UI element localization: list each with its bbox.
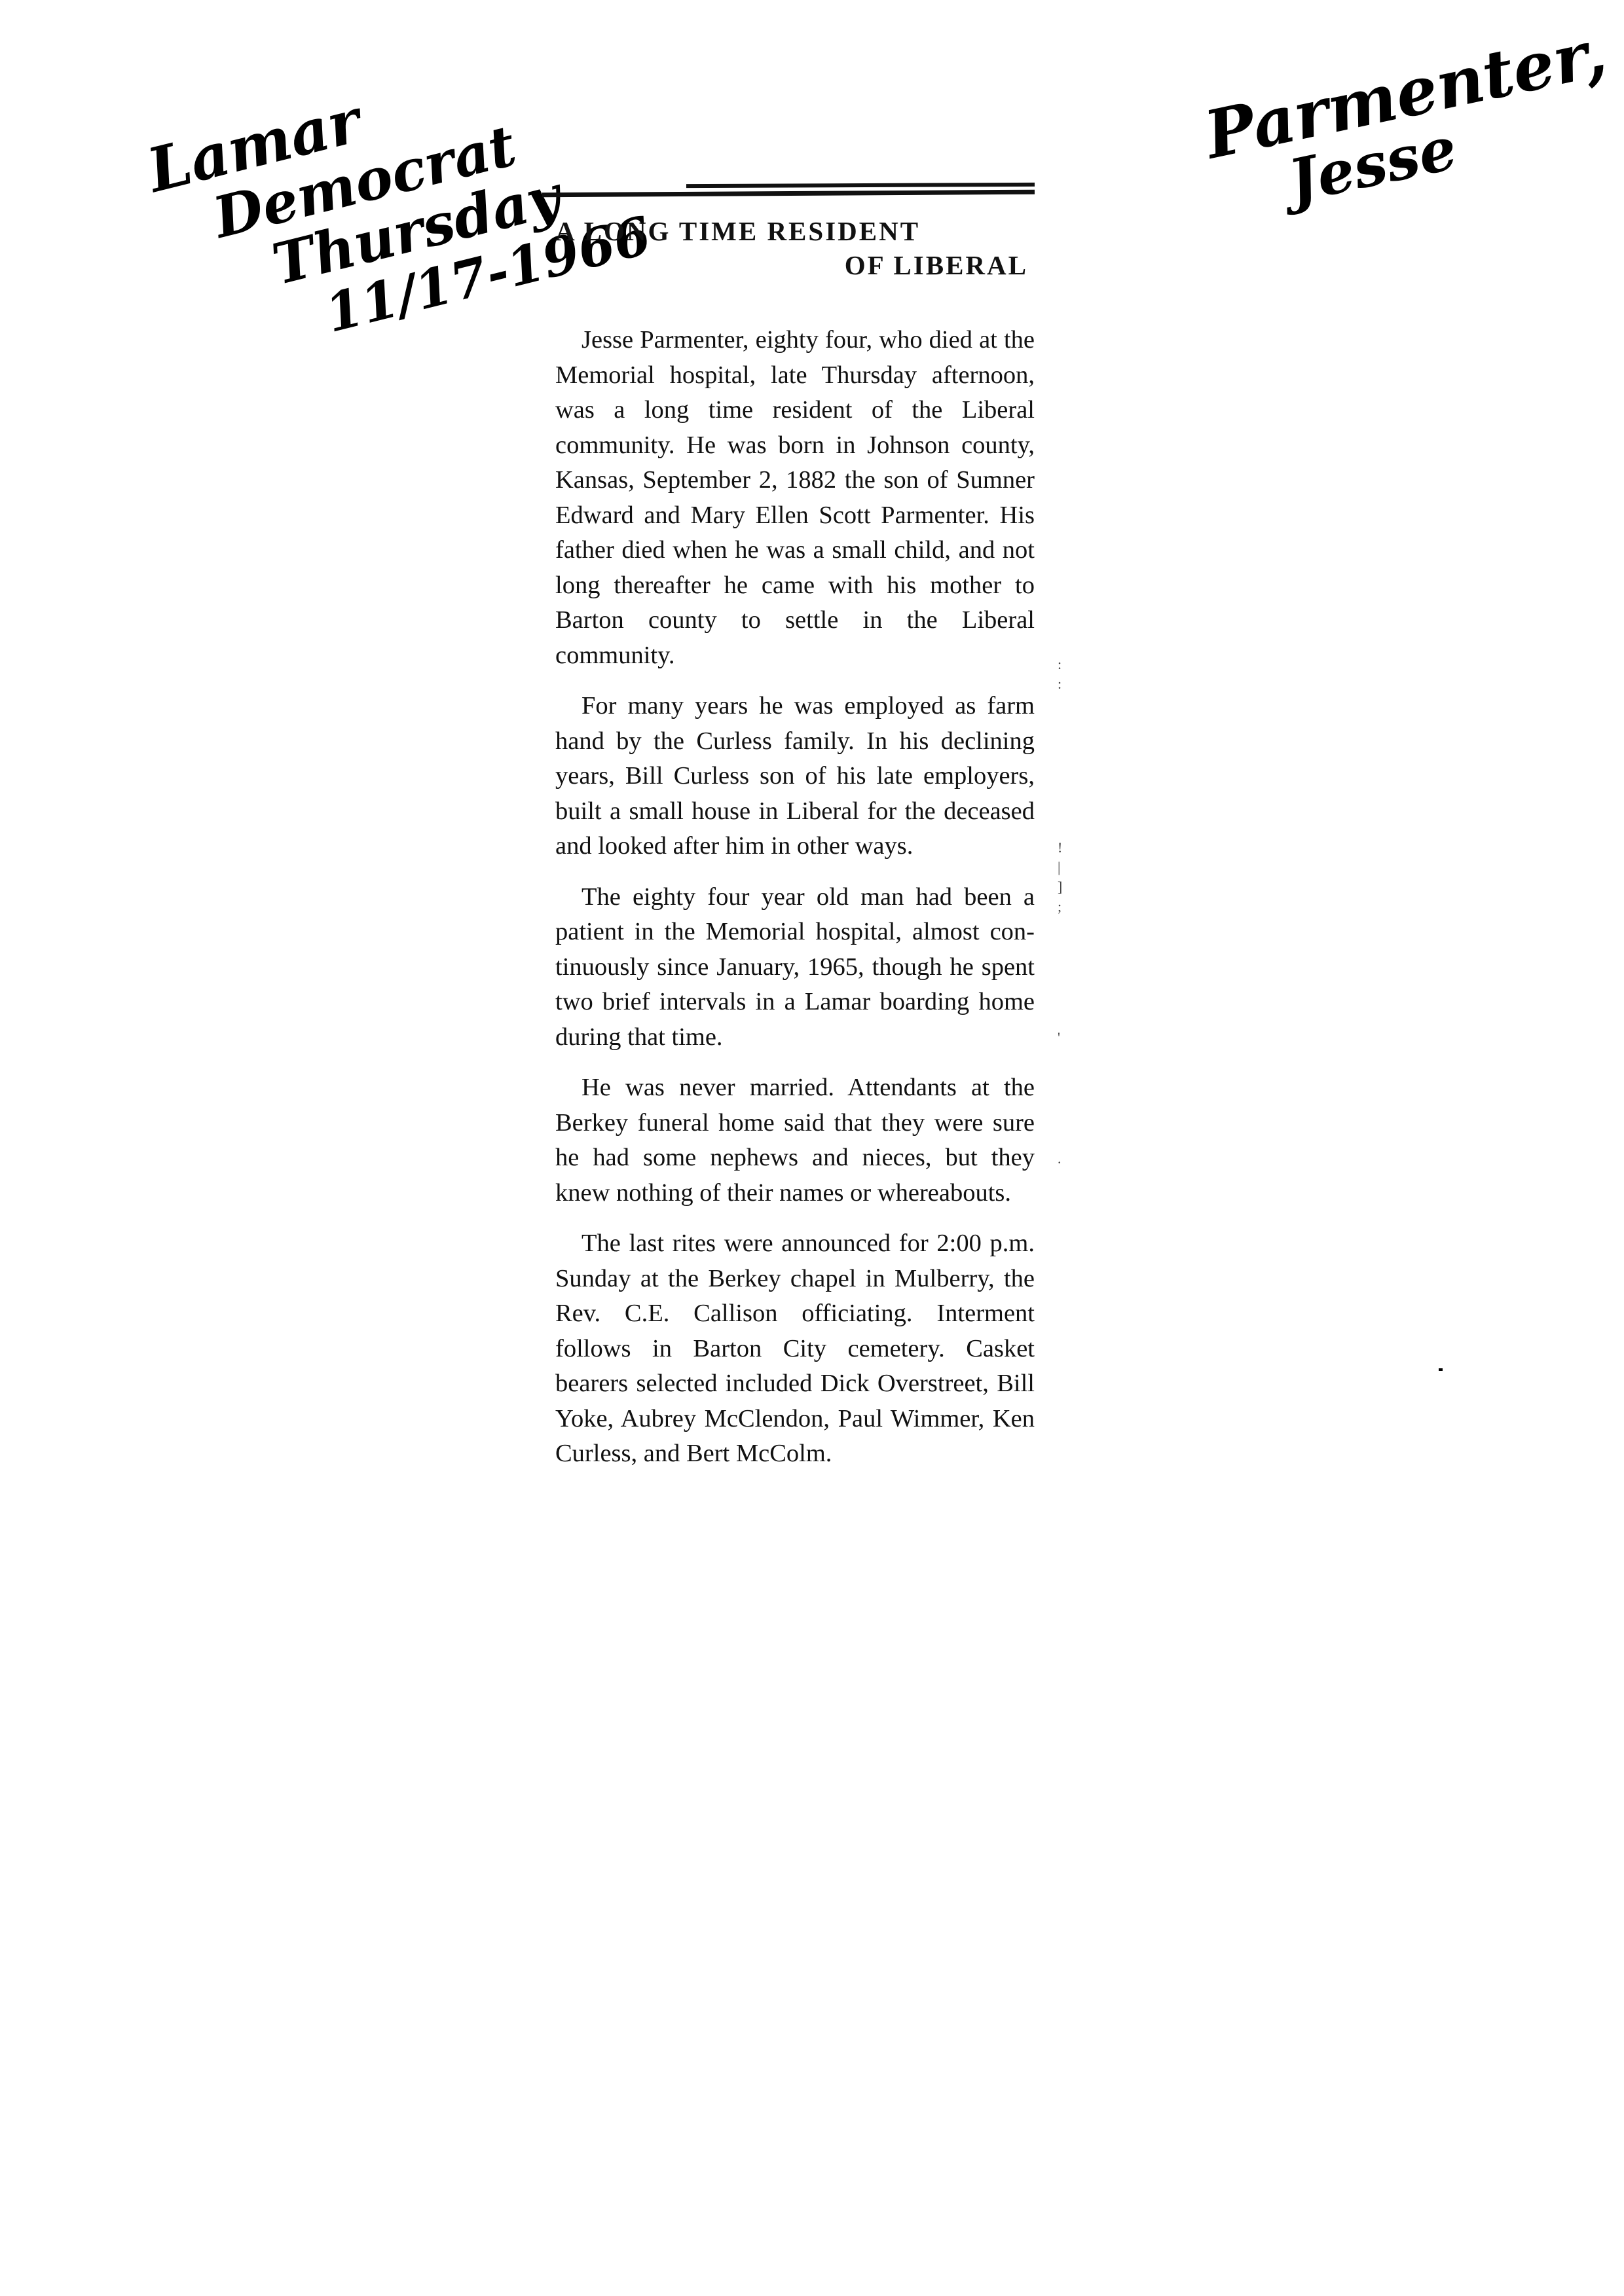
margin-specks-4: . xyxy=(1058,1149,1061,1169)
headline-rule-top xyxy=(686,183,1035,188)
handwritten-subject-name: Parmenter, Jesse xyxy=(1198,14,1624,232)
scan-speck xyxy=(1439,1368,1443,1371)
margin-specks-2: ! | ] ; xyxy=(1058,838,1062,917)
speck: ' xyxy=(1058,1028,1060,1048)
headline-rule-bottom xyxy=(542,190,1035,198)
headline-line-1: A LONG TIME RESIDENT xyxy=(542,214,1035,248)
article-body: Jesse Parmenter, eighty four, who died a… xyxy=(542,323,1035,1472)
speck: | xyxy=(1058,858,1062,877)
margin-specks-1: : : xyxy=(1058,655,1061,694)
paragraph-biography: Jesse Parmenter, eighty four, who died a… xyxy=(555,323,1035,673)
speck: ! xyxy=(1058,838,1062,858)
headline-line-2: OF LIBERAL xyxy=(542,248,1035,282)
speck: : xyxy=(1058,674,1061,694)
margin-specks-3: ' xyxy=(1058,1028,1060,1048)
article-headline: A LONG TIME RESIDENT OF LIBERAL xyxy=(542,214,1035,282)
paragraph-employment: For many years he was em­ployed as farm … xyxy=(555,689,1035,864)
speck: . xyxy=(1058,1149,1061,1169)
paragraph-family: He was never married. At­tendants at the… xyxy=(555,1070,1035,1211)
speck: ] xyxy=(1058,877,1062,897)
paragraph-funeral: The last rites were announc­ed for 2:00 … xyxy=(555,1226,1035,1472)
paragraph-hospital: The eighty four year old man had been a … xyxy=(555,880,1035,1055)
speck: ; xyxy=(1058,897,1062,917)
speck: : xyxy=(1058,655,1061,674)
newspaper-clipping: A LONG TIME RESIDENT OF LIBERAL Jesse Pa… xyxy=(542,183,1035,1487)
